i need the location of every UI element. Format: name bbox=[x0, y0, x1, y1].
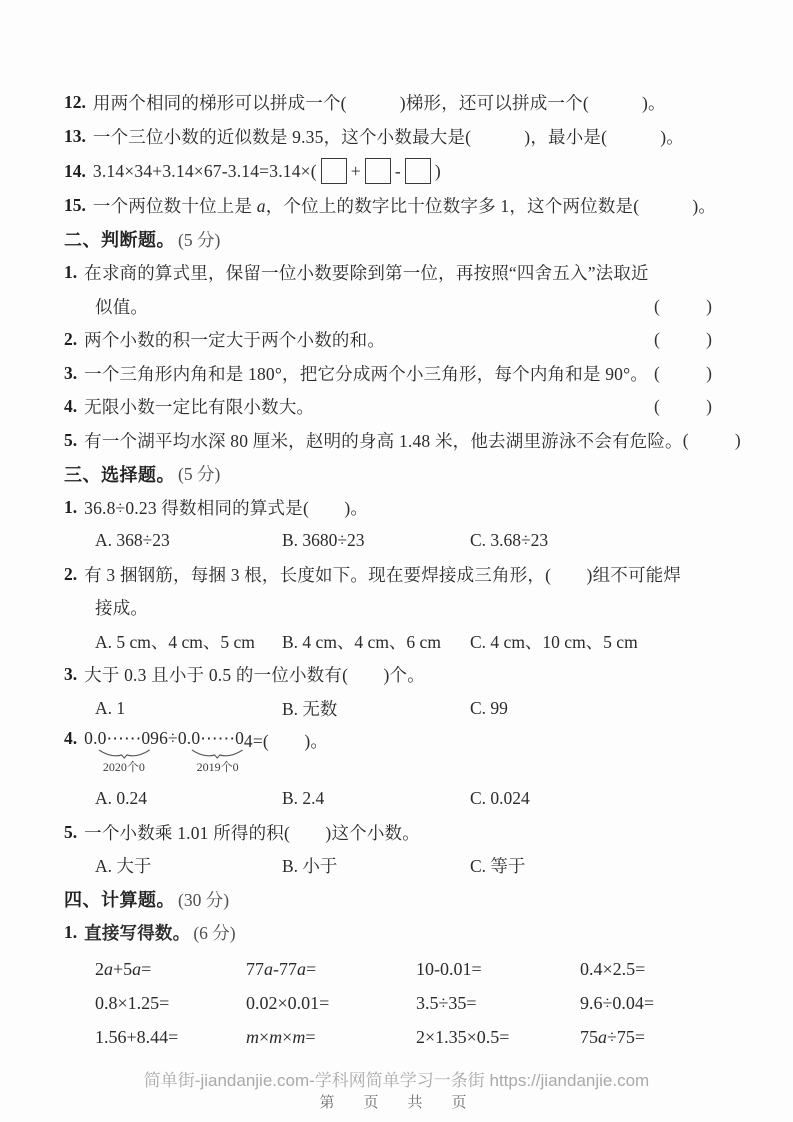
zeros-count-label: 2020个0 bbox=[103, 758, 145, 775]
judge-question-1-line1: 1. 在求商的算式里，保留一位小数要除到第一位，再按照“四舍五入”法取近 bbox=[64, 256, 738, 290]
question-number: 1. bbox=[64, 922, 77, 943]
section-header-calc: 四、计算题。 (30 分) bbox=[64, 883, 738, 917]
calc-expression: 10-0.01= bbox=[416, 959, 580, 980]
footer-watermark-url: 简单街-jiandanjie.com-学科网简单学习一条街 https://ji… bbox=[0, 1066, 793, 1091]
option-a: A. 0.24 bbox=[95, 788, 282, 809]
plus-operator: + bbox=[351, 161, 361, 182]
section-title: 二、判断题。 bbox=[64, 226, 175, 252]
section-points: (5 分) bbox=[178, 227, 220, 252]
section-points: (30 分) bbox=[178, 887, 229, 912]
question-text-continued: 接成。 bbox=[64, 595, 148, 620]
calc-expression: 0.4×2.5= bbox=[580, 959, 738, 980]
option-c: C. 3.68÷23 bbox=[470, 530, 548, 551]
calc-expression: 1.56+8.44= bbox=[95, 1027, 246, 1048]
option-b: B. 无数 bbox=[282, 696, 470, 721]
judge-question-4: 4. 无限小数一定比有限小数大。 () bbox=[64, 390, 738, 424]
question-text: 大于 0.3 且小于 0.5 的一位小数有( )个。 bbox=[84, 662, 425, 687]
question-text: 有 3 捆钢筋，每捆 3 根，长度如下。现在要焊接成三角形，( )组不可能焊 bbox=[84, 562, 681, 587]
option-b: B. 小于 bbox=[282, 853, 470, 878]
minus-operator: - bbox=[395, 161, 401, 182]
option-b: B. 2.4 bbox=[282, 788, 470, 809]
section-title: 四、计算题。 bbox=[64, 886, 175, 912]
question-text: 一个三位小数的近似数是 9.35，这个小数最大是( )，最小是( )。 bbox=[93, 124, 684, 149]
question-text: 一个小数乘 1.01 所得的积( )这个小数。 bbox=[84, 820, 420, 845]
judge-question-3: 3. 一个三角形内角和是 180°，把它分成两个小三角形，每个内角和是 90°。… bbox=[64, 357, 738, 391]
exam-paper-page: 12. 用两个相同的梯形可以拼成一个( )梯形，还可以拼成一个( )。 13. … bbox=[0, 0, 793, 1122]
question-text: 在求商的算式里，保留一位小数要除到第一位，再按照“四舍五入”法取近 bbox=[84, 260, 649, 285]
choice-question-4-options: A. 0.24 B. 2.4 C. 0.024 bbox=[64, 782, 738, 816]
option-a: A. 5 cm、4 cm、5 cm bbox=[95, 629, 282, 654]
question-number: 1. bbox=[64, 497, 77, 518]
answer-parentheses: () bbox=[654, 329, 712, 350]
question-text: 无限小数一定比有限小数大。 bbox=[84, 394, 314, 419]
closing-paren: ) bbox=[435, 161, 441, 182]
footer-page-indicator: 第 页 共 页 bbox=[0, 1091, 793, 1112]
variable-a: a bbox=[257, 196, 266, 216]
calc-expression: 9.6÷0.04= bbox=[580, 993, 738, 1014]
choice-question-2-stem-line2: 接成。 bbox=[64, 591, 738, 625]
option-c: C. 4 cm、10 cm、5 cm bbox=[470, 629, 638, 654]
calc-expression: 77a-77a= bbox=[246, 959, 416, 980]
calc-expression: 75a÷75= bbox=[580, 1027, 738, 1048]
zeros-count-label: 2019个0 bbox=[197, 758, 239, 775]
calc-expression: 3.5÷35= bbox=[416, 993, 580, 1014]
question-number: 2. bbox=[64, 564, 77, 585]
answer-box bbox=[405, 158, 431, 184]
question-number: 1. bbox=[64, 262, 77, 283]
subsection-points: (6 分) bbox=[193, 920, 235, 945]
judge-question-1-line2: 似值。 () bbox=[64, 290, 738, 324]
judge-question-5: 5. 有一个湖平均水深 80 厘米，赵明的身高 1.48 米，他去湖里游泳不会有… bbox=[64, 424, 738, 458]
expression-part: 96÷0. bbox=[150, 728, 191, 749]
question-number: 3. bbox=[64, 664, 77, 685]
option-a: A. 368÷23 bbox=[95, 530, 282, 551]
section-header-choice: 三、选择题。 (5 分) bbox=[64, 457, 738, 491]
question-number: 5. bbox=[64, 430, 77, 451]
answer-parentheses: () bbox=[654, 296, 712, 317]
calc-expression: 2×1.35×0.5= bbox=[416, 1027, 580, 1048]
underbraced-zeros-2: 0⋯⋯02019个0 bbox=[191, 728, 244, 749]
answer-box bbox=[321, 158, 347, 184]
fill-question-13: 13. 一个三位小数的近似数是 9.35，这个小数最大是( )，最小是( )。 bbox=[64, 120, 738, 154]
choice-question-2-options: A. 5 cm、4 cm、5 cm B. 4 cm、4 cm、6 cm C. 4… bbox=[64, 625, 738, 659]
fill-question-14: 14. 3.14×34+3.14×67-3.14=3.14×(+-) bbox=[64, 153, 738, 189]
question-number: 13. bbox=[64, 126, 86, 147]
choice-question-1-options: A. 368÷23 B. 3680÷23 C. 3.68÷23 bbox=[64, 524, 738, 558]
fill-question-12: 12. 用两个相同的梯形可以拼成一个( )梯形，还可以拼成一个( )。 bbox=[64, 86, 738, 120]
question-text: 两个小数的积一定大于两个小数的和。 bbox=[84, 327, 385, 352]
option-c: C. 等于 bbox=[470, 853, 525, 878]
answer-parentheses: () bbox=[654, 363, 712, 384]
question-number: 12. bbox=[64, 92, 86, 113]
calc-expression: 2a+5a= bbox=[95, 959, 246, 980]
underbraced-zeros-1: 0⋯⋯02020个0 bbox=[98, 728, 151, 749]
section-header-judge: 二、判断题。 (5 分) bbox=[64, 223, 738, 257]
expression-part: 4=( )。 bbox=[244, 728, 328, 753]
choice-question-5-stem: 5. 一个小数乘 1.01 所得的积( )这个小数。 bbox=[64, 816, 738, 850]
option-c: C. 99 bbox=[470, 698, 508, 719]
calc-expression: 0.02×0.01= bbox=[246, 993, 416, 1014]
section-title: 三、选择题。 bbox=[64, 461, 175, 487]
choice-question-3-stem: 3. 大于 0.3 且小于 0.5 的一位小数有( )个。 bbox=[64, 658, 738, 692]
choice-question-3-options: A. 1 B. 无数 C. 99 bbox=[64, 692, 738, 726]
option-c: C. 0.024 bbox=[470, 788, 530, 809]
answer-parentheses: () bbox=[683, 430, 741, 451]
question-number: 2. bbox=[64, 329, 77, 350]
choice-question-2-stem-line1: 2. 有 3 捆钢筋，每捆 3 根，长度如下。现在要焊接成三角形，( )组不可能… bbox=[64, 558, 738, 592]
option-a: A. 1 bbox=[95, 698, 282, 719]
question-text: 用两个相同的梯形可以拼成一个( )梯形，还可以拼成一个( )。 bbox=[93, 90, 666, 115]
question-number: 3. bbox=[64, 363, 77, 384]
question-number: 14. bbox=[64, 161, 86, 182]
option-b: B. 3680÷23 bbox=[282, 530, 470, 551]
section-points: (5 分) bbox=[178, 461, 220, 486]
calc-expression: m×m×m= bbox=[246, 1027, 416, 1048]
fill-question-15: 15. 一个两位数十位上是 a，个位上的数字比十位数字多 1，这个两位数是( )… bbox=[64, 189, 738, 223]
calc-expression: 0.8×1.25= bbox=[95, 993, 246, 1014]
equation-text: 3.14×34+3.14×67-3.14=3.14×( bbox=[93, 161, 317, 182]
subsection-title: 直接写得数。 bbox=[84, 920, 190, 945]
choice-question-1-stem: 1. 36.8÷0.23 得数相同的算式是( )。 bbox=[64, 491, 738, 525]
question-text: 有一个湖平均水深 80 厘米，赵明的身高 1.48 米，他去湖里游泳不会有危险。 bbox=[84, 428, 683, 453]
question-text: 一个两位数十位上是 a，个位上的数字比十位数字多 1，这个两位数是( )。 bbox=[93, 193, 716, 218]
question-number: 4. bbox=[64, 728, 77, 749]
calc-subsection-header: 1. 直接写得数。 (6 分) bbox=[64, 916, 738, 950]
option-a: A. 大于 bbox=[95, 853, 282, 878]
question-text: 一个三角形内角和是 180°，把它分成两个小三角形，每个内角和是 90°。 bbox=[84, 361, 648, 386]
judge-question-2: 2. 两个小数的积一定大于两个小数的和。 () bbox=[64, 323, 738, 357]
answer-box bbox=[365, 158, 391, 184]
question-number: 15. bbox=[64, 195, 86, 216]
question-text-continued: 似值。 bbox=[64, 294, 148, 319]
question-text: 36.8÷0.23 得数相同的算式是( )。 bbox=[84, 495, 368, 520]
question-number: 4. bbox=[64, 396, 77, 417]
choice-question-5-options: A. 大于 B. 小于 C. 等于 bbox=[64, 849, 738, 883]
question-number: 5. bbox=[64, 822, 77, 843]
option-b: B. 4 cm、4 cm、6 cm bbox=[282, 629, 470, 654]
choice-question-4-stem: 4. 0.0⋯⋯02020个096÷0.0⋯⋯02019个04=( )。 bbox=[64, 725, 738, 782]
direct-calculation-grid: 2a+5a= 77a-77a= 10-0.01= 0.4×2.5= 0.8×1.… bbox=[64, 953, 738, 1055]
expression-part: 0. bbox=[84, 728, 98, 749]
answer-parentheses: () bbox=[654, 396, 712, 417]
